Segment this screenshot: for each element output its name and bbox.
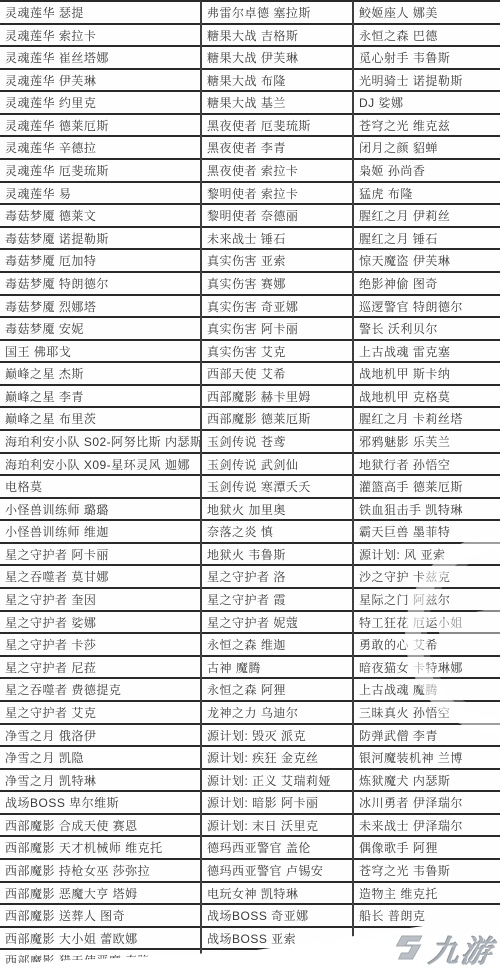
- skin-cell: 灵魂莲华 易: [0, 183, 200, 206]
- skin-cell: 黑夜使者 索拉卡: [202, 160, 352, 183]
- skin-cell: 星之守护者 尼菈: [0, 657, 200, 680]
- skin-cell: 灵魂莲华 厄斐琉斯: [0, 160, 200, 183]
- skin-cell: 永恒之森 巴德: [354, 25, 500, 48]
- skin-cell: 糖果大战 吉格斯: [202, 25, 352, 48]
- skin-cell: 糖果大战 伊芙琳: [202, 47, 352, 70]
- skin-cell: 源计划: 暗影 阿卡丽: [202, 792, 352, 815]
- skin-cell: 玉剑传说 武剑仙: [202, 454, 352, 477]
- skin-cell: 净雪之月 凯隐: [0, 747, 200, 770]
- skin-cell: 灵魂莲华 约里克: [0, 92, 200, 115]
- skin-cell: 未来战士 锤石: [202, 228, 352, 251]
- skin-cell: 真实伤害 奇亚娜: [202, 296, 352, 319]
- skin-cell: 弗雷尔卓德 塞拉斯: [202, 2, 352, 25]
- skin-cell: 上古战魂 魔腾: [354, 679, 500, 702]
- skin-cell: 黎明使者 索拉卡: [202, 183, 352, 206]
- skin-cell: 造物主 维克托: [354, 883, 500, 906]
- skin-cell: 灵魂莲华 德莱厄斯: [0, 115, 200, 138]
- skin-cell: 偶像歌手 阿狸: [354, 837, 500, 860]
- skin-cell: 西部魔影 猎天使恶魔 泰隆: [0, 950, 200, 973]
- skin-cell: 星之守护者 霞: [202, 589, 352, 612]
- skin-cell: 炼狱魔犬 内瑟斯: [354, 770, 500, 793]
- skin-cell: 源计划: 风 亚索: [354, 544, 500, 567]
- skin-cell: 黎明使者 奈德丽: [202, 205, 352, 228]
- skin-cell: 猛虎 布隆: [354, 183, 500, 206]
- skin-cell: 源计划: 正义 艾瑞莉娅: [202, 770, 352, 793]
- skin-cell: 腥红之月 锤石: [354, 228, 500, 251]
- skin-cell: 星之吞噬者 费德提克: [0, 679, 200, 702]
- skin-cell: 枭姬 孙尚香: [354, 160, 500, 183]
- skin-cell: 永恒之森 阿狸: [202, 679, 352, 702]
- skin-cell: 净雪之月 凯特琳: [0, 770, 200, 793]
- skin-cell: 苍穹之光 韦鲁斯: [354, 860, 500, 883]
- skin-cell: 冰川勇者 伊泽瑞尔: [354, 792, 500, 815]
- skin-cell: 铁血狙击手 凯特琳: [354, 499, 500, 522]
- skin-cell: 毒菇梦魇 烈娜塔: [0, 296, 200, 319]
- skin-cell: 海珀利安小队 S02-阿努比斯 内瑟斯: [0, 431, 200, 454]
- skin-cell: 地狱火 韦鲁斯: [202, 544, 352, 567]
- skin-cell: 觅心射手 韦鲁斯: [354, 47, 500, 70]
- skin-cell: 真实伤害 亚索: [202, 250, 352, 273]
- skin-cell: 巅峰之星 杰斯: [0, 363, 200, 386]
- skin-cell: 战地机甲 斯卡纳: [354, 363, 500, 386]
- skin-cell: 战场BOSS 卑尔维斯: [0, 792, 200, 815]
- skin-column-right: 鲛姬座人 娜美永恒之森 巴德觅心射手 韦鲁斯光明骑士 诺提勒斯DJ 娑娜苍穹之光…: [352, 0, 500, 973]
- skin-cell: 玉剑传说 寒潭夭夭: [202, 476, 352, 499]
- skin-cell: 西部魔影 德莱厄斯: [202, 408, 352, 431]
- skin-cell: 灌篮高手 德莱厄斯: [354, 476, 500, 499]
- skin-cell: 未来战士 伊泽瑞尔: [354, 815, 500, 838]
- skin-cell: 西部魔影 送葬人 图奇: [0, 905, 200, 928]
- skin-cell: 巅峰之星 李青: [0, 386, 200, 409]
- skin-cell: 星之守护者 艾克: [0, 702, 200, 725]
- skin-cell: 源计划: 疾狂 金克丝: [202, 747, 352, 770]
- skin-cell: 上古战魂 雷克塞: [354, 341, 500, 364]
- skin-cell: 小怪兽训练师 璐璐: [0, 499, 200, 522]
- skin-cell: 糖果大战 布隆: [202, 70, 352, 93]
- skin-cell: 光明骑士 诺提勒斯: [354, 70, 500, 93]
- skin-cell: 沙之守护 卡兹克: [354, 566, 500, 589]
- skin-column-left: 灵魂莲华 瑟提灵魂莲华 索拉卡灵魂莲华 崔丝塔娜灵魂莲华 伊芙琳灵魂莲华 约里克…: [0, 0, 200, 973]
- skin-cell: 毒菇梦魇 厄加特: [0, 250, 200, 273]
- skin-cell: 绝影神偷 图奇: [354, 273, 500, 296]
- skin-cell: 腥红之月 卡莉丝塔: [354, 408, 500, 431]
- skin-cell: 银河魔装机神 兰博: [354, 747, 500, 770]
- skin-cell: 灵魂莲华 崔丝塔娜: [0, 47, 200, 70]
- skin-cell: 星之守护者 洛: [202, 566, 352, 589]
- skin-cell: 星之守护者 妮蔻: [202, 612, 352, 635]
- skin-cell: 星之守护者 奎因: [0, 589, 200, 612]
- skin-cell: 闭月之颜 貂蝉: [354, 137, 500, 160]
- skin-cell: 特工狂花 厄运小姐: [354, 612, 500, 635]
- skin-cell: 船长 普朗克: [354, 905, 500, 928]
- site-watermark-text: 九游: [427, 927, 497, 971]
- skin-cell: 灵魂莲华 索拉卡: [0, 25, 200, 48]
- skin-column-middle: 弗雷尔卓德 塞拉斯糖果大战 吉格斯糖果大战 伊芙琳糖果大战 布隆糖果大战 基兰黑…: [200, 0, 352, 973]
- skin-cell: 苍穹之光 维克兹: [354, 115, 500, 138]
- skin-cell: 电格莫: [0, 476, 200, 499]
- skin-cell: 星际之门 阿兹尔: [354, 589, 500, 612]
- skin-cell: 星之守护者 阿卡丽: [0, 544, 200, 567]
- skin-cell: 西部魔影 恶魔大亨 塔姆: [0, 883, 200, 906]
- skin-cell: 地狱火 加里奥: [202, 499, 352, 522]
- skin-cell: 真实伤害 阿卡丽: [202, 318, 352, 341]
- skin-cell: 星之守护者 娑娜: [0, 612, 200, 635]
- skin-cell: 暗夜猫女 卡特琳娜: [354, 657, 500, 680]
- skin-cell: 龙神之力 乌迪尔: [202, 702, 352, 725]
- skin-cell: 鲛姬座人 娜美: [354, 2, 500, 25]
- skin-cell: 防弹武僧 李青: [354, 725, 500, 748]
- skin-cell: 灵魂莲华 辛德拉: [0, 137, 200, 160]
- skin-cell: 战地机甲 克格莫: [354, 386, 500, 409]
- skin-cell: 灵魂莲华 瑟提: [0, 2, 200, 25]
- skin-cell: 源计划: 毁灭 派克: [202, 725, 352, 748]
- skin-cell: 西部魔影 合成天使 赛恩: [0, 815, 200, 838]
- skin-cell: 毒菇梦魇 安妮: [0, 318, 200, 341]
- skin-cell: 星之吞噬者 莫甘娜: [0, 566, 200, 589]
- skin-cell: 西部魔影 大小姐 蕾欧娜: [0, 928, 200, 951]
- skin-cell: 战场BOSS 亚索: [202, 928, 352, 951]
- skin-cell: DJ 娑娜: [354, 92, 500, 115]
- skin-cell: 霸天巨兽 墨菲特: [354, 521, 500, 544]
- skin-cell: 警长 沃利贝尔: [354, 318, 500, 341]
- skin-cell: 毒菇梦魇 特朗德尔: [0, 273, 200, 296]
- skin-cell: 净雪之月 俄洛伊: [0, 725, 200, 748]
- skin-cell: 邪鸦魅影 乐芙兰: [354, 431, 500, 454]
- skin-list-table: 灵魂莲华 瑟提灵魂莲华 索拉卡灵魂莲华 崔丝塔娜灵魂莲华 伊芙琳灵魂莲华 约里克…: [0, 0, 500, 973]
- skin-cell: 古神 魔腾: [202, 657, 352, 680]
- skin-cell: 海珀利安小队 X09-星环灵风 迦娜: [0, 454, 200, 477]
- skin-cell: 巡逻警官 特朗德尔: [354, 296, 500, 319]
- skin-cell: 灵魂莲华 伊芙琳: [0, 70, 200, 93]
- skin-cell: 真实伤害 赛娜: [202, 273, 352, 296]
- skin-cell: 西部魔影 赫卡里姆: [202, 386, 352, 409]
- skin-cell: 源计划: 末日 沃里克: [202, 815, 352, 838]
- skin-cell: 电玩女神 凯特琳: [202, 883, 352, 906]
- skin-cell: 西部魔影 持枪女巫 莎弥拉: [0, 860, 200, 883]
- skin-cell: 地狱行者 孙悟空: [354, 454, 500, 477]
- skin-cell: 糖果大战 基兰: [202, 92, 352, 115]
- skin-cell: 惊天魔盗 伊芙琳: [354, 250, 500, 273]
- skin-cell: 西部天使 艾希: [202, 363, 352, 386]
- skin-cell: 腥红之月 伊莉丝: [354, 205, 500, 228]
- skin-cell: 巅峰之星 布里茨: [0, 408, 200, 431]
- skin-cell: 玉剑传说 苍鸢: [202, 431, 352, 454]
- skin-cell: 德玛西亚警官 盖伦: [202, 837, 352, 860]
- skin-cell: 黑夜使者 厄斐琉斯: [202, 115, 352, 138]
- skin-cell: 黑夜使者 李青: [202, 137, 352, 160]
- skin-cell: 西部魔影 天才机械师 维克托: [0, 837, 200, 860]
- skin-cell: 战场BOSS 奇亚娜: [202, 905, 352, 928]
- skin-cell: 勇敢的心 艾希: [354, 634, 500, 657]
- skin-cell: 小怪兽训练师 维迦: [0, 521, 200, 544]
- skin-cell: 永恒之森 维迦: [202, 634, 352, 657]
- skin-cell: 电玩女神 卡莎: [202, 950, 352, 973]
- skin-cell: 毒菇梦魇 诺提勒斯: [0, 228, 200, 251]
- skin-cell: 真实伤害 艾克: [202, 341, 352, 364]
- skin-cell: 毒菇梦魇 德莱文: [0, 205, 200, 228]
- jiuyou-logo-icon: [390, 932, 433, 966]
- skin-cell: 德玛西亚警官 卢锡安: [202, 860, 352, 883]
- skin-cell: 三昧真火 孙悟空: [354, 702, 500, 725]
- skin-cell: 国王 佛耶戈: [0, 341, 200, 364]
- site-watermark: 九游: [389, 927, 497, 971]
- skin-cell: 奈落之炎 慎: [202, 521, 352, 544]
- skin-cell: 星之守护者 卡莎: [0, 634, 200, 657]
